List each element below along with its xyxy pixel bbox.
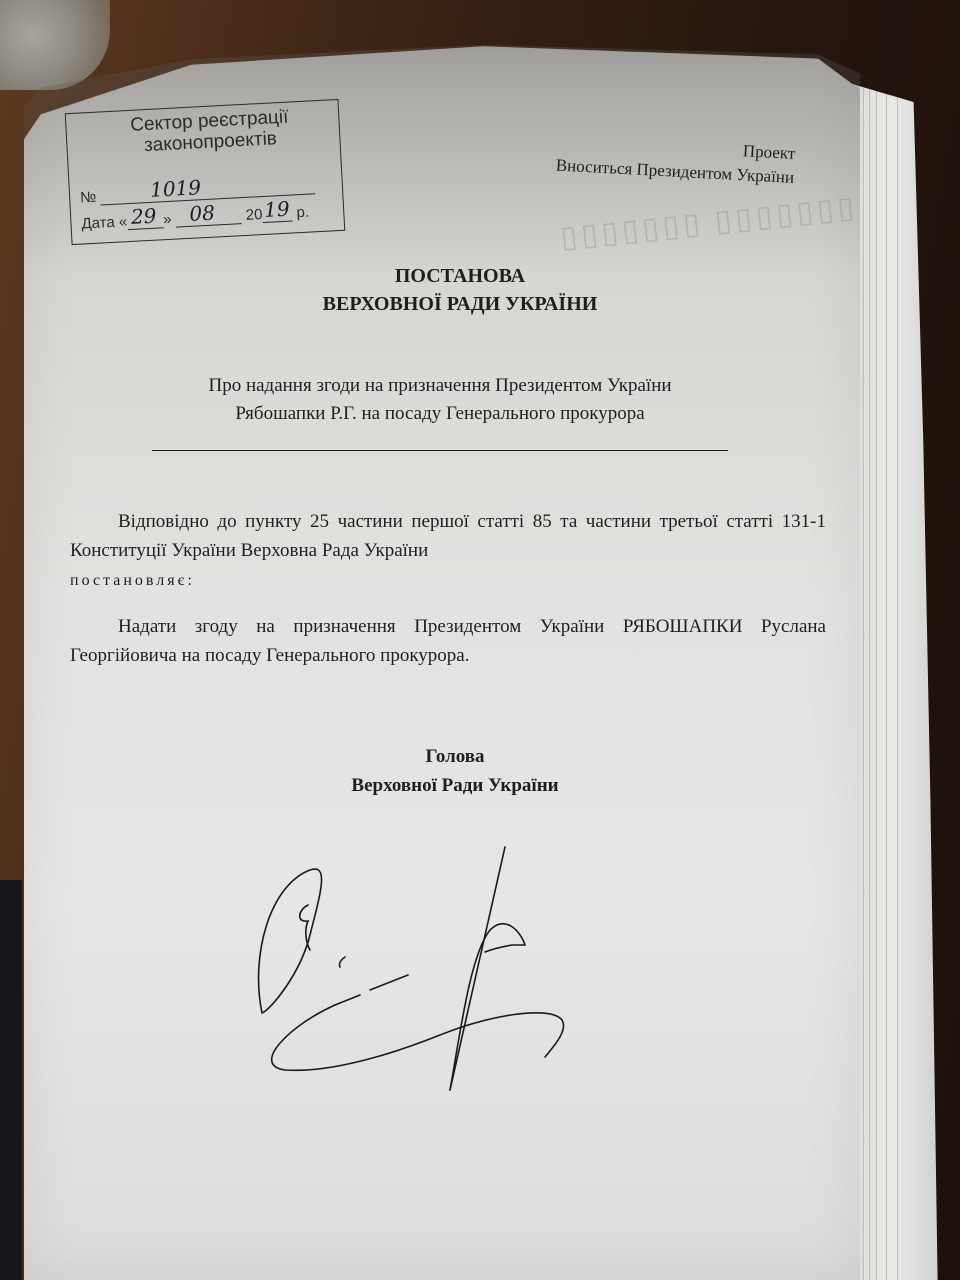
subject-line2: Рябошапки Р.Г. на посаду Генерального пр…	[140, 400, 740, 428]
body-paragraph-2: Надати згоду на призначення Президентом …	[70, 612, 826, 670]
document-subject: Про надання згоди на призначення Президе…	[140, 372, 740, 428]
signer-block: Голова Верховної Ради України	[290, 742, 620, 800]
stamp-date-row: Дата «29» 08 2019 р.	[81, 202, 309, 233]
background-cloth	[0, 880, 22, 1280]
stamp-year-suffix: р.	[296, 204, 309, 222]
registration-stamp: Сектор реєстрації законопроектів № 1019 …	[65, 99, 346, 245]
body-paragraph-1: Відповідно до пункту 25 частини першої с…	[70, 507, 826, 595]
signer-title: Голова	[290, 742, 620, 771]
stamp-month-value: 08	[189, 201, 216, 226]
stamp-year-prefix: 20	[245, 206, 263, 224]
stamp-day-field: 29	[127, 209, 164, 230]
handwritten-signature-icon	[250, 835, 590, 1105]
stamp-month-field: 08	[175, 205, 242, 227]
subject-divider	[152, 450, 728, 451]
stamp-title: Сектор реєстрації законопроектів	[114, 106, 306, 158]
stamp-number-label: №	[80, 189, 97, 207]
resolves-word: постановляє:	[70, 572, 195, 589]
signer-organization: Верховної Ради України	[290, 771, 620, 800]
title-line2: ВЕРХОВНОЇ РАДИ УКРАЇНИ	[180, 290, 740, 318]
stamp-number-value: 1019	[149, 175, 201, 202]
stamp-date-quote: »	[163, 211, 172, 228]
title-line1: ПОСТАНОВА	[180, 262, 740, 290]
subject-line1: Про надання згоди на призначення Президе…	[140, 372, 740, 400]
document-title: ПОСТАНОВА ВЕРХОВНОЇ РАДИ УКРАЇНИ	[180, 262, 740, 318]
paragraph2-text: Надати згоду на призначення Президентом …	[70, 616, 826, 666]
stamp-year-value: 19	[264, 197, 291, 222]
stamp-year-field: 19	[262, 202, 293, 223]
paragraph1-text: Відповідно до пункту 25 частини першої с…	[70, 511, 826, 561]
stamp-date-label: Дата «	[81, 213, 128, 232]
stamp-day-value: 29	[130, 204, 157, 229]
